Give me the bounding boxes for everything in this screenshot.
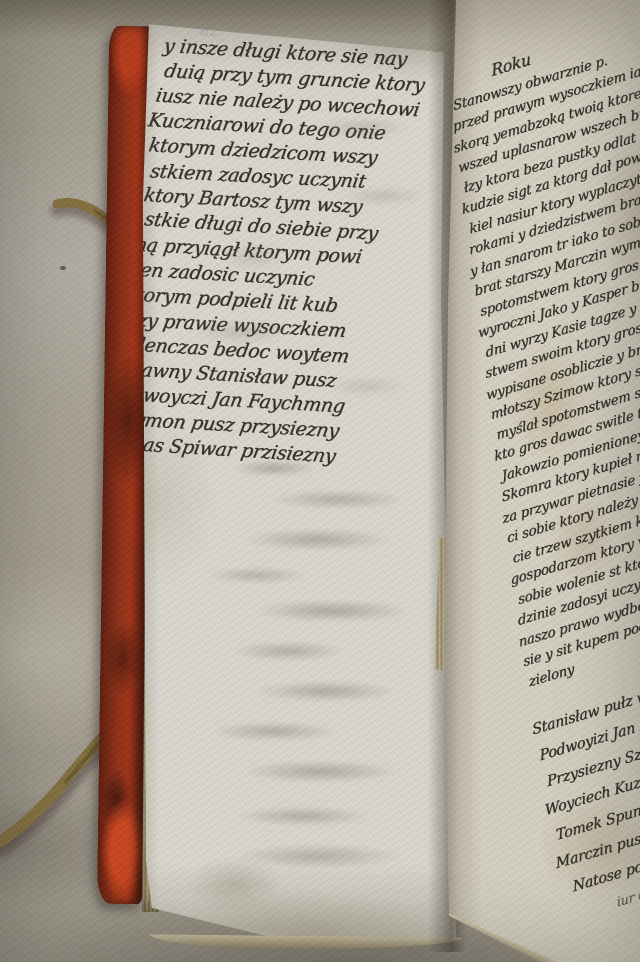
- right-page-text-block: Roku Stanowszy obwarznie p. przed prawym…: [446, 3, 640, 932]
- right-page: Roku Stanowszy obwarznie p. przed prawym…: [438, 0, 640, 962]
- stone-speck: [60, 266, 66, 270]
- left-page-bottom-edge: [150, 934, 462, 950]
- manuscript-photo: 82 y insze długi ktore sie nay duią przy…: [0, 0, 640, 962]
- ink-bleed-through-upper: [172, 94, 442, 434]
- ink-bleed-through-lower: [158, 446, 448, 892]
- left-page: 82 y insze długi ktore sie nay duią przy…: [136, 14, 466, 950]
- right-page-main-text: Stanowszy obwarznie p. przed prawym wyso…: [449, 26, 640, 694]
